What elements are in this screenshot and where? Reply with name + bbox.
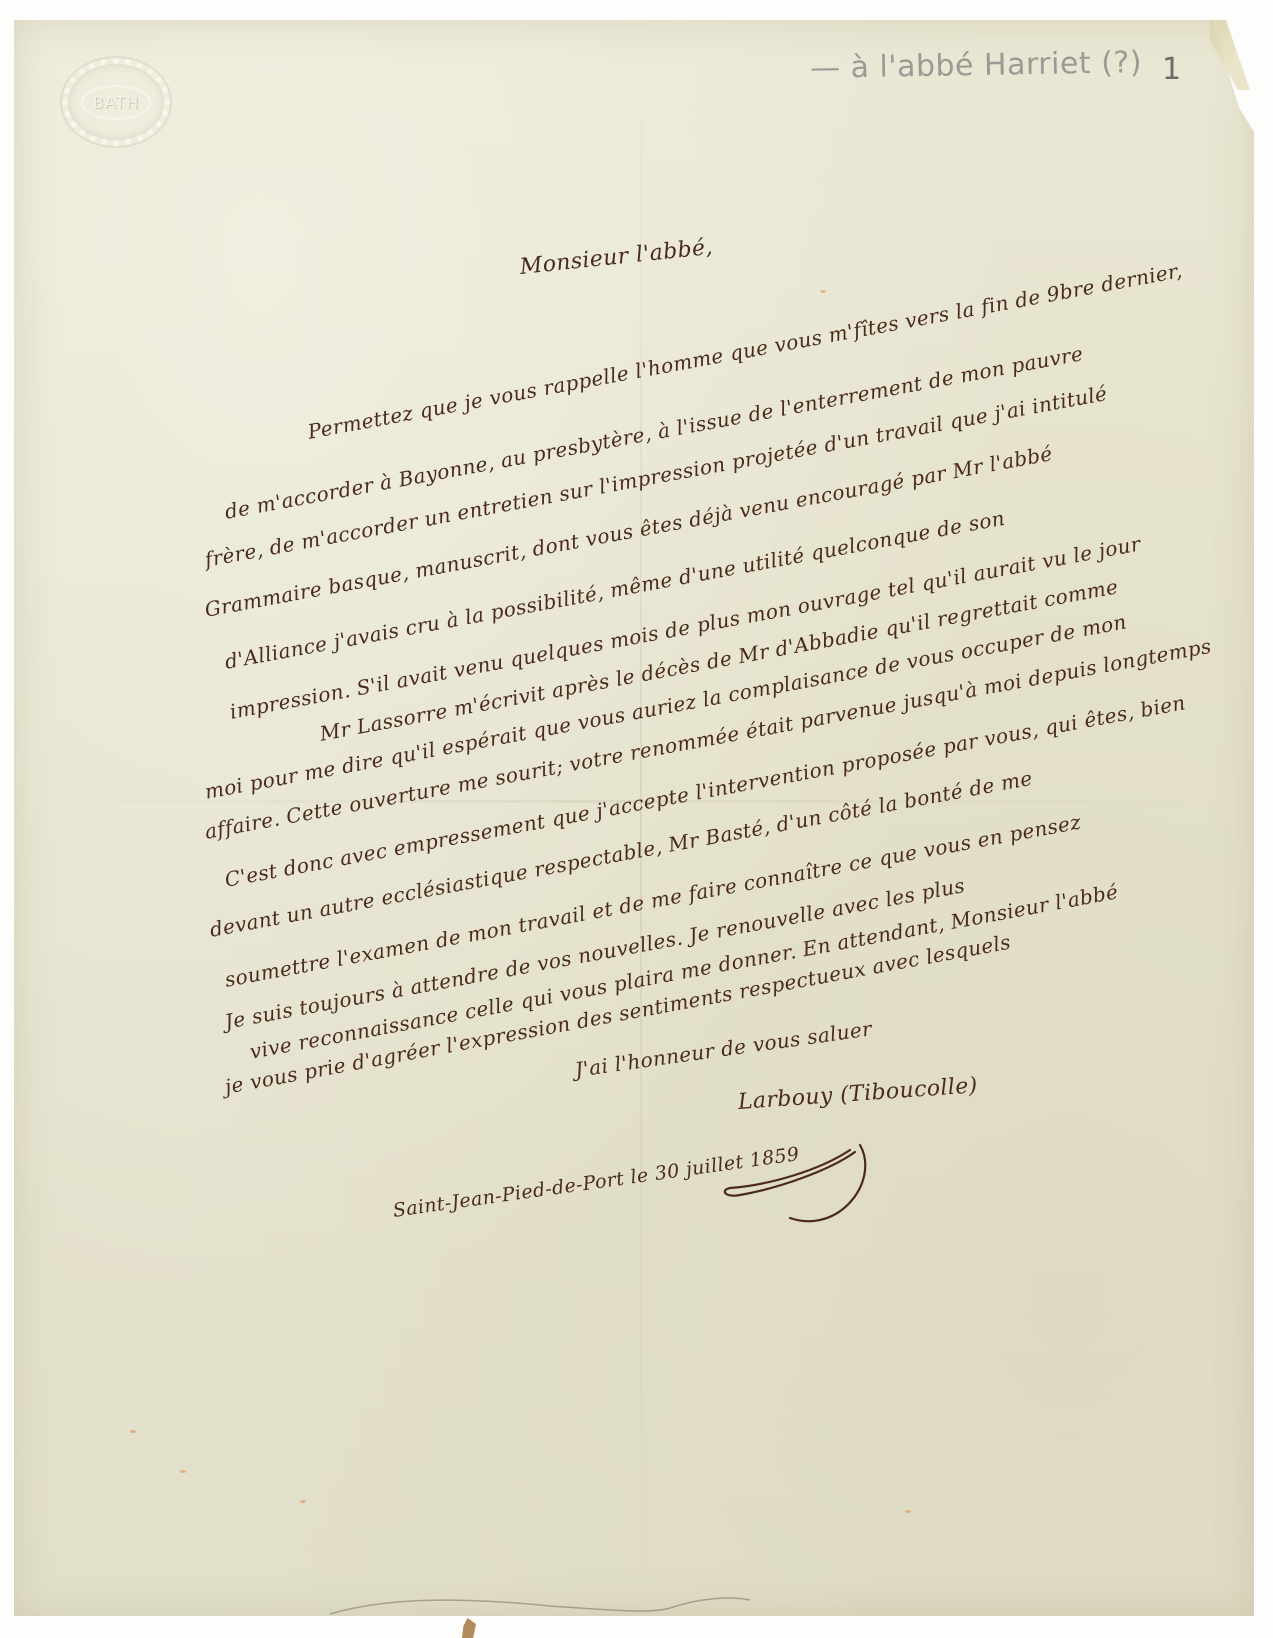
water-stain-edge bbox=[330, 1596, 750, 1616]
embossed-stamp-icon: BATH bbox=[62, 58, 170, 146]
page-number: 1 bbox=[1162, 52, 1181, 87]
letter-scan: BATH — à l'abbé Harriet (?) 1 Monsieur l… bbox=[0, 0, 1273, 1638]
foxing-spot bbox=[905, 1510, 911, 1513]
foxing-spot bbox=[180, 1470, 186, 1473]
stamp-text: BATH bbox=[81, 85, 151, 120]
foxing-spot bbox=[300, 1500, 306, 1503]
paper-scrap bbox=[462, 1618, 476, 1638]
foxing-spot bbox=[130, 1430, 136, 1433]
foxing-spot bbox=[820, 290, 826, 293]
archival-pencil-note: — à l'abbé Harriet (?) bbox=[810, 45, 1143, 86]
